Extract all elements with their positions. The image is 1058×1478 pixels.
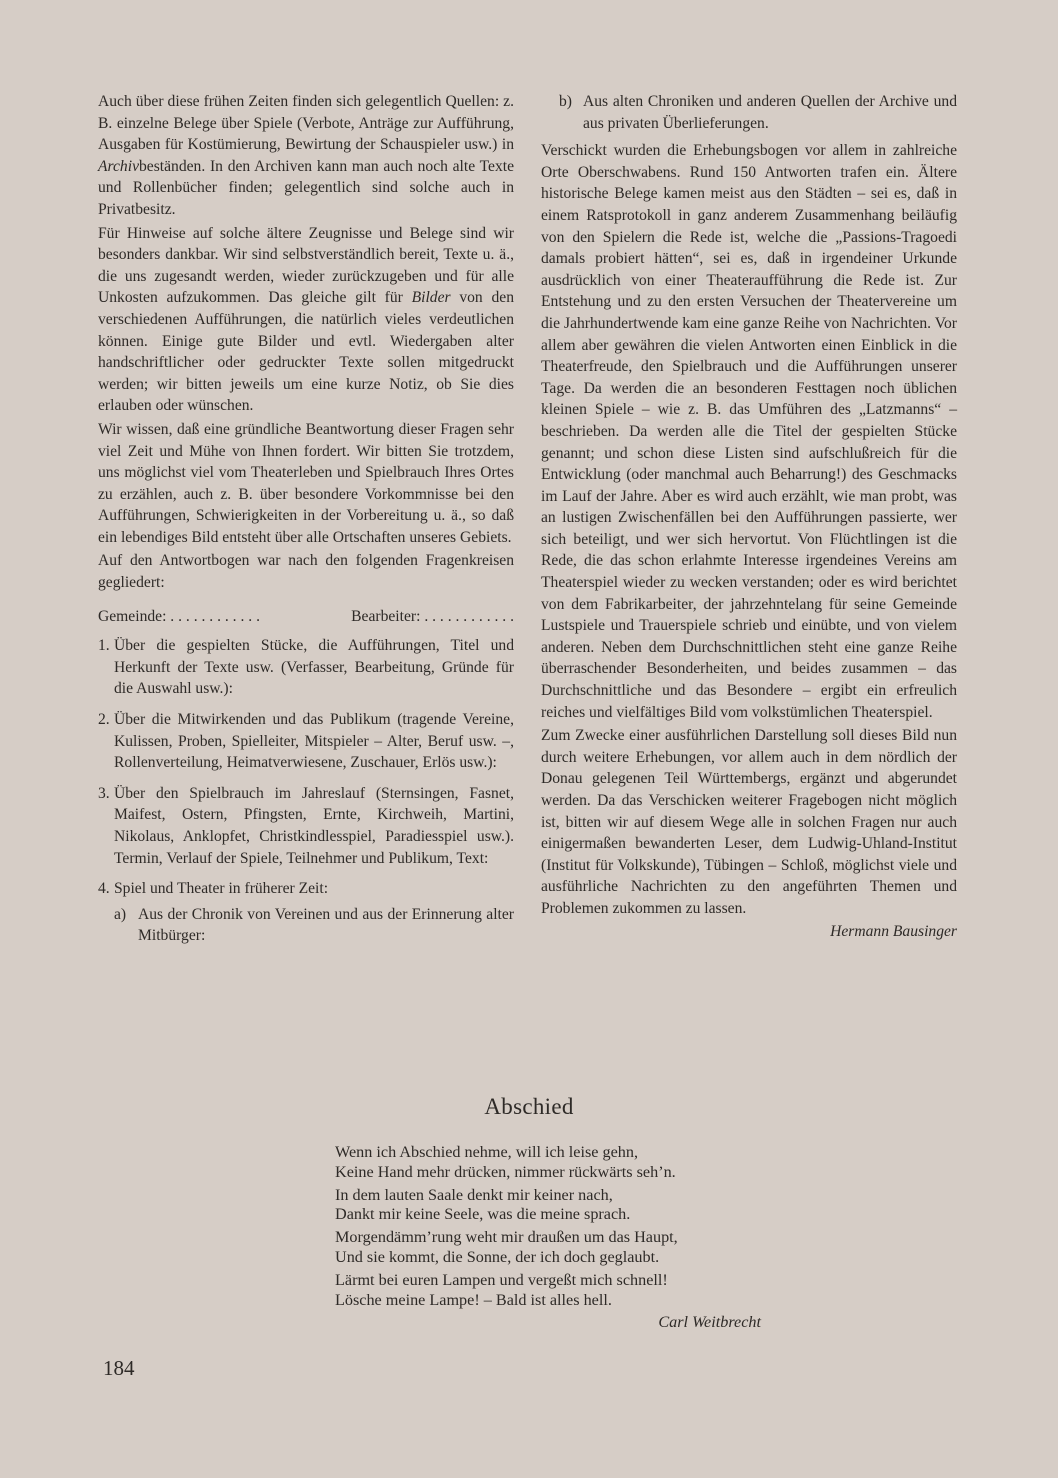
paragraph-hinweise: Für Hinweise auf solche ältere Zeugnisse… <box>98 223 514 417</box>
question-number: 1. <box>98 635 114 700</box>
page-number: 184 <box>103 1356 135 1381</box>
subitem-text: Aus der Chronik von Vereinen und aus der… <box>138 904 514 947</box>
subitem-label: b) <box>559 91 583 134</box>
question-number: 2. <box>98 709 114 774</box>
poem-line: In dem lauten Saale denkt mir keiner nac… <box>335 1186 765 1206</box>
question-item-1: 1. Über die gespielten Stücke, die Auffü… <box>98 635 514 700</box>
question-text: Spiel und Theater in früherer Zeit: <box>114 878 514 900</box>
text-run: beständen. In den Archiven kann man auch… <box>98 158 514 218</box>
question-text: Über die gespielten Stücke, die Aufführu… <box>114 635 514 700</box>
document-page: Auch über diese frühen Zeiten finden sic… <box>0 0 1058 1478</box>
text-run: Auch über diese frühen Zeiten finden sic… <box>98 93 514 153</box>
poem-stanza-4: Lärmt bei euren Lampen und vergeßt mich … <box>335 1271 765 1311</box>
poem-author: Carl Weitbrecht <box>335 1313 765 1333</box>
poem-line: Keine Hand mehr drücken, nimmer rückwärt… <box>335 1163 765 1183</box>
question-text: Über die Mitwirkenden und das Publikum (… <box>114 709 514 774</box>
poem-stanza-1: Wenn ich Abschied nehme, will ich leise … <box>335 1143 765 1183</box>
question-item-4: 4. Spiel und Theater in früherer Zeit: <box>98 878 514 900</box>
subitem-label: a) <box>114 904 138 947</box>
question-item-2: 2. Über die Mitwirkenden und das Publiku… <box>98 709 514 774</box>
question-text: Über den Spielbrauch im Jahreslauf (Ster… <box>114 783 514 869</box>
poem-line: Wenn ich Abschied nehme, will ich leise … <box>335 1143 765 1163</box>
poem-line: Lösche meine Lampe! – Bald ist alles hel… <box>335 1291 765 1311</box>
question-number: 3. <box>98 783 114 869</box>
poem-stanza-3: Morgendämm’rung weht mir draußen um das … <box>335 1228 765 1268</box>
poem-line: Und sie kommt, die Sonne, der ich doch g… <box>335 1248 765 1268</box>
paragraph-antwortbogen: Auf den Antwortbogen war nach den folgen… <box>98 550 514 593</box>
italic-archiv: Archiv <box>98 158 139 175</box>
form-fields-row: Gemeinde: . . . . . . . . . . . . Bearbe… <box>98 606 514 628</box>
right-column: b) Aus alten Chroniken und anderen Quell… <box>541 91 957 942</box>
poem-title: Abschied <box>0 1094 1058 1120</box>
paragraph-zum-zwecke: Zum Zwecke einer ausführlichen Darstellu… <box>541 725 957 919</box>
poem-stanza-2: In dem lauten Saale denkt mir keiner nac… <box>335 1186 765 1226</box>
poem: Wenn ich Abschied nehme, will ich leise … <box>335 1143 765 1333</box>
subitem-a: a) Aus der Chronik von Vereinen und aus … <box>98 904 514 947</box>
bearbeiter-field: Bearbeiter: . . . . . . . . . . . . <box>351 606 514 628</box>
poem-line: Lärmt bei euren Lampen und vergeßt mich … <box>335 1271 765 1291</box>
subitem-text: Aus alten Chroniken und anderen Quellen … <box>583 91 957 134</box>
author-signature: Hermann Bausinger <box>541 921 957 943</box>
question-item-3: 3. Über den Spielbrauch im Jahreslauf (S… <box>98 783 514 869</box>
text-run: von den verschiedenen Aufführungen, die … <box>98 289 514 414</box>
question-number: 4. <box>98 878 114 900</box>
paragraph-archives: Auch über diese frühen Zeiten finden sic… <box>98 91 514 221</box>
paragraph-wir-wissen: Wir wissen, daß eine gründliche Beantwor… <box>98 419 514 549</box>
paragraph-verschickt: Verschickt wurden die Erhebungsbogen vor… <box>541 140 957 723</box>
poem-line: Morgendämm’rung weht mir draußen um das … <box>335 1228 765 1248</box>
italic-bilder: Bilder <box>412 289 451 306</box>
gemeinde-field: Gemeinde: . . . . . . . . . . . . <box>98 606 260 628</box>
left-column: Auch über diese frühen Zeiten finden sic… <box>98 91 514 947</box>
poem-line: Dankt mir keine Seele, was die meine spr… <box>335 1205 765 1225</box>
subitem-b: b) Aus alten Chroniken und anderen Quell… <box>541 91 957 134</box>
